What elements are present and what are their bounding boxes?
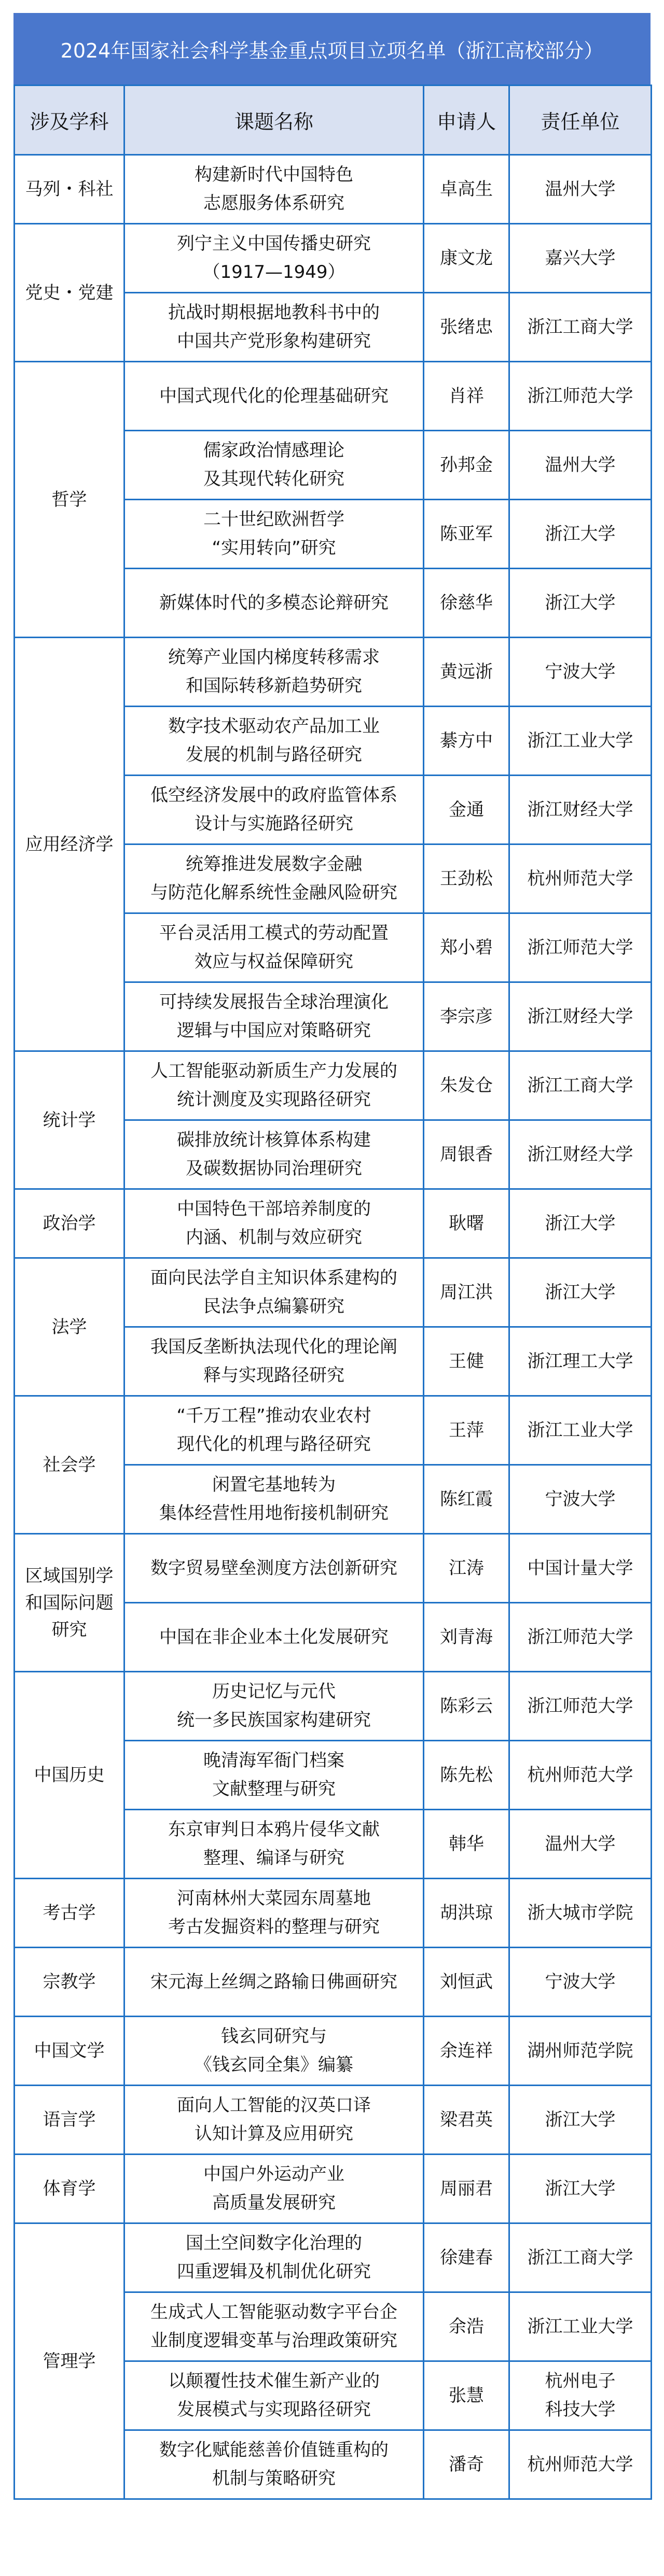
- applicant-cell: 潘奇: [424, 2430, 509, 2499]
- unit-cell: 杭州师范大学: [509, 1741, 652, 1810]
- topic-cell: 新媒体时代的多模态论辩研究: [125, 569, 424, 638]
- unit-cell: 宁波大学: [509, 1948, 652, 2017]
- topic-cell: 抗战时期根据地教科书中的 中国共产党形象构建研究: [125, 293, 424, 362]
- applicant-cell: 徐慈华: [424, 569, 509, 638]
- topic-cell: 生成式人工智能驱动数字平台企 业制度逻辑变革与治理政策研究: [125, 2292, 424, 2361]
- applicant-cell: 肖祥: [424, 362, 509, 431]
- unit-cell: 浙江大学: [509, 569, 652, 638]
- topic-cell: 统筹产业国内梯度转移需求 和国际转移新趋势研究: [125, 638, 424, 707]
- applicant-cell: 周银香: [424, 1120, 509, 1189]
- unit-cell: 杭州电子 科技大学: [509, 2361, 652, 2430]
- table-row: 语言学面向人工智能的汉英口译 认知计算及应用研究梁君英浙江大学: [15, 2086, 652, 2155]
- unit-cell: 浙江工商大学: [509, 293, 652, 362]
- table-row: 马列・科社构建新时代中国特色 志愿服务体系研究卓高生温州大学: [15, 155, 652, 224]
- table-row: 社会学“千万工程”推动农业农村 现代化的机理与路径研究王萍浙江工业大学: [15, 1396, 652, 1465]
- unit-cell: 宁波大学: [509, 1465, 652, 1534]
- topic-cell: 中国在非企业本土化发展研究: [125, 1603, 424, 1672]
- unit-cell: 温州大学: [509, 1810, 652, 1879]
- unit-cell: 嘉兴大学: [509, 224, 652, 293]
- topic-cell: 统筹推进发展数字金融 与防范化解系统性金融风险研究: [125, 844, 424, 913]
- unit-cell: 中国计量大学: [509, 1534, 652, 1603]
- subject-cell: 马列・科社: [15, 155, 125, 224]
- unit-cell: 杭州师范大学: [509, 2430, 652, 2499]
- topic-cell: 可持续发展报告全球治理演化 逻辑与中国应对策略研究: [125, 982, 424, 1051]
- applicant-cell: 黄远浙: [424, 638, 509, 707]
- table-row: 宗教学宋元海上丝绸之路输日佛画研究刘恒武宁波大学: [15, 1948, 652, 2017]
- table-row: 哲学中国式现代化的伦理基础研究肖祥浙江师范大学: [15, 362, 652, 431]
- project-list-sheet: 2024年国家社会科学基金重点项目立项名单（浙江高校部分） 涉及学科 课题名称 …: [13, 13, 651, 2500]
- table-row: 中国历史历史记忆与元代 统一多民族国家构建研究陈彩云浙江师范大学: [15, 1672, 652, 1741]
- table-row: 管理学国土空间数字化治理的 四重逻辑及机制优化研究徐建春浙江工商大学: [15, 2223, 652, 2292]
- unit-cell: 湖州师范学院: [509, 2017, 652, 2086]
- applicant-cell: 卓高生: [424, 155, 509, 224]
- unit-cell: 浙江财经大学: [509, 982, 652, 1051]
- applicant-cell: 江涛: [424, 1534, 509, 1603]
- table-row: 中国文学钱玄同研究与 《钱玄同全集》编纂余连祥湖州师范学院: [15, 2017, 652, 2086]
- applicant-cell: 陈红霞: [424, 1465, 509, 1534]
- applicant-cell: 綦方中: [424, 707, 509, 776]
- applicant-cell: 徐建春: [424, 2223, 509, 2292]
- unit-cell: 浙江工商大学: [509, 2223, 652, 2292]
- applicant-cell: 孙邦金: [424, 431, 509, 500]
- subject-cell: 应用经济学: [15, 638, 125, 1051]
- topic-cell: 碳排放统计核算体系构建 及碳数据协同治理研究: [125, 1120, 424, 1189]
- topic-cell: 晚清海军衙门档案 文献整理与研究: [125, 1741, 424, 1810]
- unit-cell: 浙江师范大学: [509, 1672, 652, 1741]
- applicant-cell: 刘青海: [424, 1603, 509, 1672]
- topic-cell: 我国反垄断执法现代化的理论阐 释与实现路径研究: [125, 1327, 424, 1396]
- topic-cell: “千万工程”推动农业农村 现代化的机理与路径研究: [125, 1396, 424, 1465]
- applicant-cell: 余连祥: [424, 2017, 509, 2086]
- topic-cell: 平台灵活用工模式的劳动配置 效应与权益保障研究: [125, 913, 424, 982]
- project-table: 涉及学科 课题名称 申请人 责任单位 马列・科社构建新时代中国特色 志愿服务体系…: [13, 85, 652, 2500]
- header-row: 涉及学科 课题名称 申请人 责任单位: [15, 86, 652, 155]
- subject-cell: 中国文学: [15, 2017, 125, 2086]
- unit-cell: 浙江工业大学: [509, 2292, 652, 2361]
- applicant-cell: 张绪忠: [424, 293, 509, 362]
- topic-cell: 列宁主义中国传播史研究 （1917—1949）: [125, 224, 424, 293]
- table-title: 2024年国家社会科学基金重点项目立项名单（浙江高校部分）: [13, 13, 651, 85]
- unit-cell: 浙江大学: [509, 2155, 652, 2223]
- subject-cell: 管理学: [15, 2223, 125, 2499]
- table-row: 党史・党建列宁主义中国传播史研究 （1917—1949）康文龙嘉兴大学: [15, 224, 652, 293]
- subject-cell: 社会学: [15, 1396, 125, 1534]
- unit-cell: 浙江理工大学: [509, 1327, 652, 1396]
- unit-cell: 浙江师范大学: [509, 1603, 652, 1672]
- subject-cell: 统计学: [15, 1051, 125, 1189]
- applicant-cell: 周江洪: [424, 1258, 509, 1327]
- topic-cell: 中国式现代化的伦理基础研究: [125, 362, 424, 431]
- unit-cell: 浙江大学: [509, 500, 652, 569]
- applicant-cell: 康文龙: [424, 224, 509, 293]
- topic-cell: 以颠覆性技术催生新产业的 发展模式与实现路径研究: [125, 2361, 424, 2430]
- applicant-cell: 朱发仓: [424, 1051, 509, 1120]
- topic-cell: 构建新时代中国特色 志愿服务体系研究: [125, 155, 424, 224]
- applicant-cell: 金通: [424, 776, 509, 844]
- unit-cell: 浙江工商大学: [509, 1051, 652, 1120]
- unit-cell: 温州大学: [509, 155, 652, 224]
- applicant-cell: 余浩: [424, 2292, 509, 2361]
- unit-cell: 浙江大学: [509, 1258, 652, 1327]
- table-row: 区域国别学 和国际问题 研究数字贸易壁垒测度方法创新研究江涛中国计量大学: [15, 1534, 652, 1603]
- unit-cell: 浙江大学: [509, 1189, 652, 1258]
- subject-cell: 考古学: [15, 1879, 125, 1948]
- unit-cell: 浙江财经大学: [509, 776, 652, 844]
- applicant-cell: 陈亚军: [424, 500, 509, 569]
- topic-cell: 国土空间数字化治理的 四重逻辑及机制优化研究: [125, 2223, 424, 2292]
- header-subject: 涉及学科: [15, 86, 125, 155]
- topic-cell: 人工智能驱动新质生产力发展的 统计测度及实现路径研究: [125, 1051, 424, 1120]
- unit-cell: 杭州师范大学: [509, 844, 652, 913]
- unit-cell: 浙大城市学院: [509, 1879, 652, 1948]
- subject-cell: 哲学: [15, 362, 125, 638]
- topic-cell: 数字技术驱动农产品加工业 发展的机制与路径研究: [125, 707, 424, 776]
- topic-cell: 儒家政治情感理论 及其现代转化研究: [125, 431, 424, 500]
- applicant-cell: 王劲松: [424, 844, 509, 913]
- applicant-cell: 张慧: [424, 2361, 509, 2430]
- topic-cell: 钱玄同研究与 《钱玄同全集》编纂: [125, 2017, 424, 2086]
- table-body: 马列・科社构建新时代中国特色 志愿服务体系研究卓高生温州大学党史・党建列宁主义中…: [15, 155, 652, 2499]
- subject-cell: 中国历史: [15, 1672, 125, 1879]
- subject-cell: 党史・党建: [15, 224, 125, 362]
- topic-cell: 面向人工智能的汉英口译 认知计算及应用研究: [125, 2086, 424, 2155]
- table-row: 体育学中国户外运动产业 高质量发展研究周丽君浙江大学: [15, 2155, 652, 2223]
- subject-cell: 宗教学: [15, 1948, 125, 2017]
- topic-cell: 宋元海上丝绸之路输日佛画研究: [125, 1948, 424, 2017]
- topic-cell: 二十世纪欧洲哲学 “实用转向”研究: [125, 500, 424, 569]
- table-row: 应用经济学统筹产业国内梯度转移需求 和国际转移新趋势研究黄远浙宁波大学: [15, 638, 652, 707]
- unit-cell: 浙江师范大学: [509, 362, 652, 431]
- applicant-cell: 王健: [424, 1327, 509, 1396]
- header-applicant: 申请人: [424, 86, 509, 155]
- table-row: 统计学人工智能驱动新质生产力发展的 统计测度及实现路径研究朱发仓浙江工商大学: [15, 1051, 652, 1120]
- unit-cell: 浙江财经大学: [509, 1120, 652, 1189]
- applicant-cell: 李宗彦: [424, 982, 509, 1051]
- header-unit: 责任单位: [509, 86, 652, 155]
- applicant-cell: 陈彩云: [424, 1672, 509, 1741]
- topic-cell: 东京审判日本鸦片侵华文献 整理、编译与研究: [125, 1810, 424, 1879]
- unit-cell: 宁波大学: [509, 638, 652, 707]
- subject-cell: 语言学: [15, 2086, 125, 2155]
- topic-cell: 历史记忆与元代 统一多民族国家构建研究: [125, 1672, 424, 1741]
- unit-cell: 浙江工业大学: [509, 707, 652, 776]
- subject-cell: 法学: [15, 1258, 125, 1396]
- applicant-cell: 郑小碧: [424, 913, 509, 982]
- applicant-cell: 王萍: [424, 1396, 509, 1465]
- topic-cell: 面向民法学自主知识体系建构的 民法争点编纂研究: [125, 1258, 424, 1327]
- topic-cell: 中国户外运动产业 高质量发展研究: [125, 2155, 424, 2223]
- topic-cell: 河南林州大菜园东周墓地 考古发掘资料的整理与研究: [125, 1879, 424, 1948]
- subject-cell: 体育学: [15, 2155, 125, 2223]
- topic-cell: 数字化赋能慈善价值链重构的 机制与策略研究: [125, 2430, 424, 2499]
- table-row: 考古学河南林州大菜园东周墓地 考古发掘资料的整理与研究胡洪琼浙大城市学院: [15, 1879, 652, 1948]
- unit-cell: 浙江师范大学: [509, 913, 652, 982]
- applicant-cell: 梁君英: [424, 2086, 509, 2155]
- unit-cell: 温州大学: [509, 431, 652, 500]
- applicant-cell: 韩华: [424, 1810, 509, 1879]
- topic-cell: 低空经济发展中的政府监管体系 设计与实施路径研究: [125, 776, 424, 844]
- table-row: 法学面向民法学自主知识体系建构的 民法争点编纂研究周江洪浙江大学: [15, 1258, 652, 1327]
- applicant-cell: 胡洪琼: [424, 1879, 509, 1948]
- topic-cell: 数字贸易壁垒测度方法创新研究: [125, 1534, 424, 1603]
- subject-cell: 区域国别学 和国际问题 研究: [15, 1534, 125, 1672]
- topic-cell: 闲置宅基地转为 集体经营性用地衔接机制研究: [125, 1465, 424, 1534]
- subject-cell: 政治学: [15, 1189, 125, 1258]
- applicant-cell: 陈先松: [424, 1741, 509, 1810]
- unit-cell: 浙江工业大学: [509, 1396, 652, 1465]
- applicant-cell: 刘恒武: [424, 1948, 509, 2017]
- applicant-cell: 周丽君: [424, 2155, 509, 2223]
- header-topic: 课题名称: [125, 86, 424, 155]
- applicant-cell: 耿曙: [424, 1189, 509, 1258]
- topic-cell: 中国特色干部培养制度的 内涵、机制与效应研究: [125, 1189, 424, 1258]
- unit-cell: 浙江大学: [509, 2086, 652, 2155]
- table-row: 政治学中国特色干部培养制度的 内涵、机制与效应研究耿曙浙江大学: [15, 1189, 652, 1258]
